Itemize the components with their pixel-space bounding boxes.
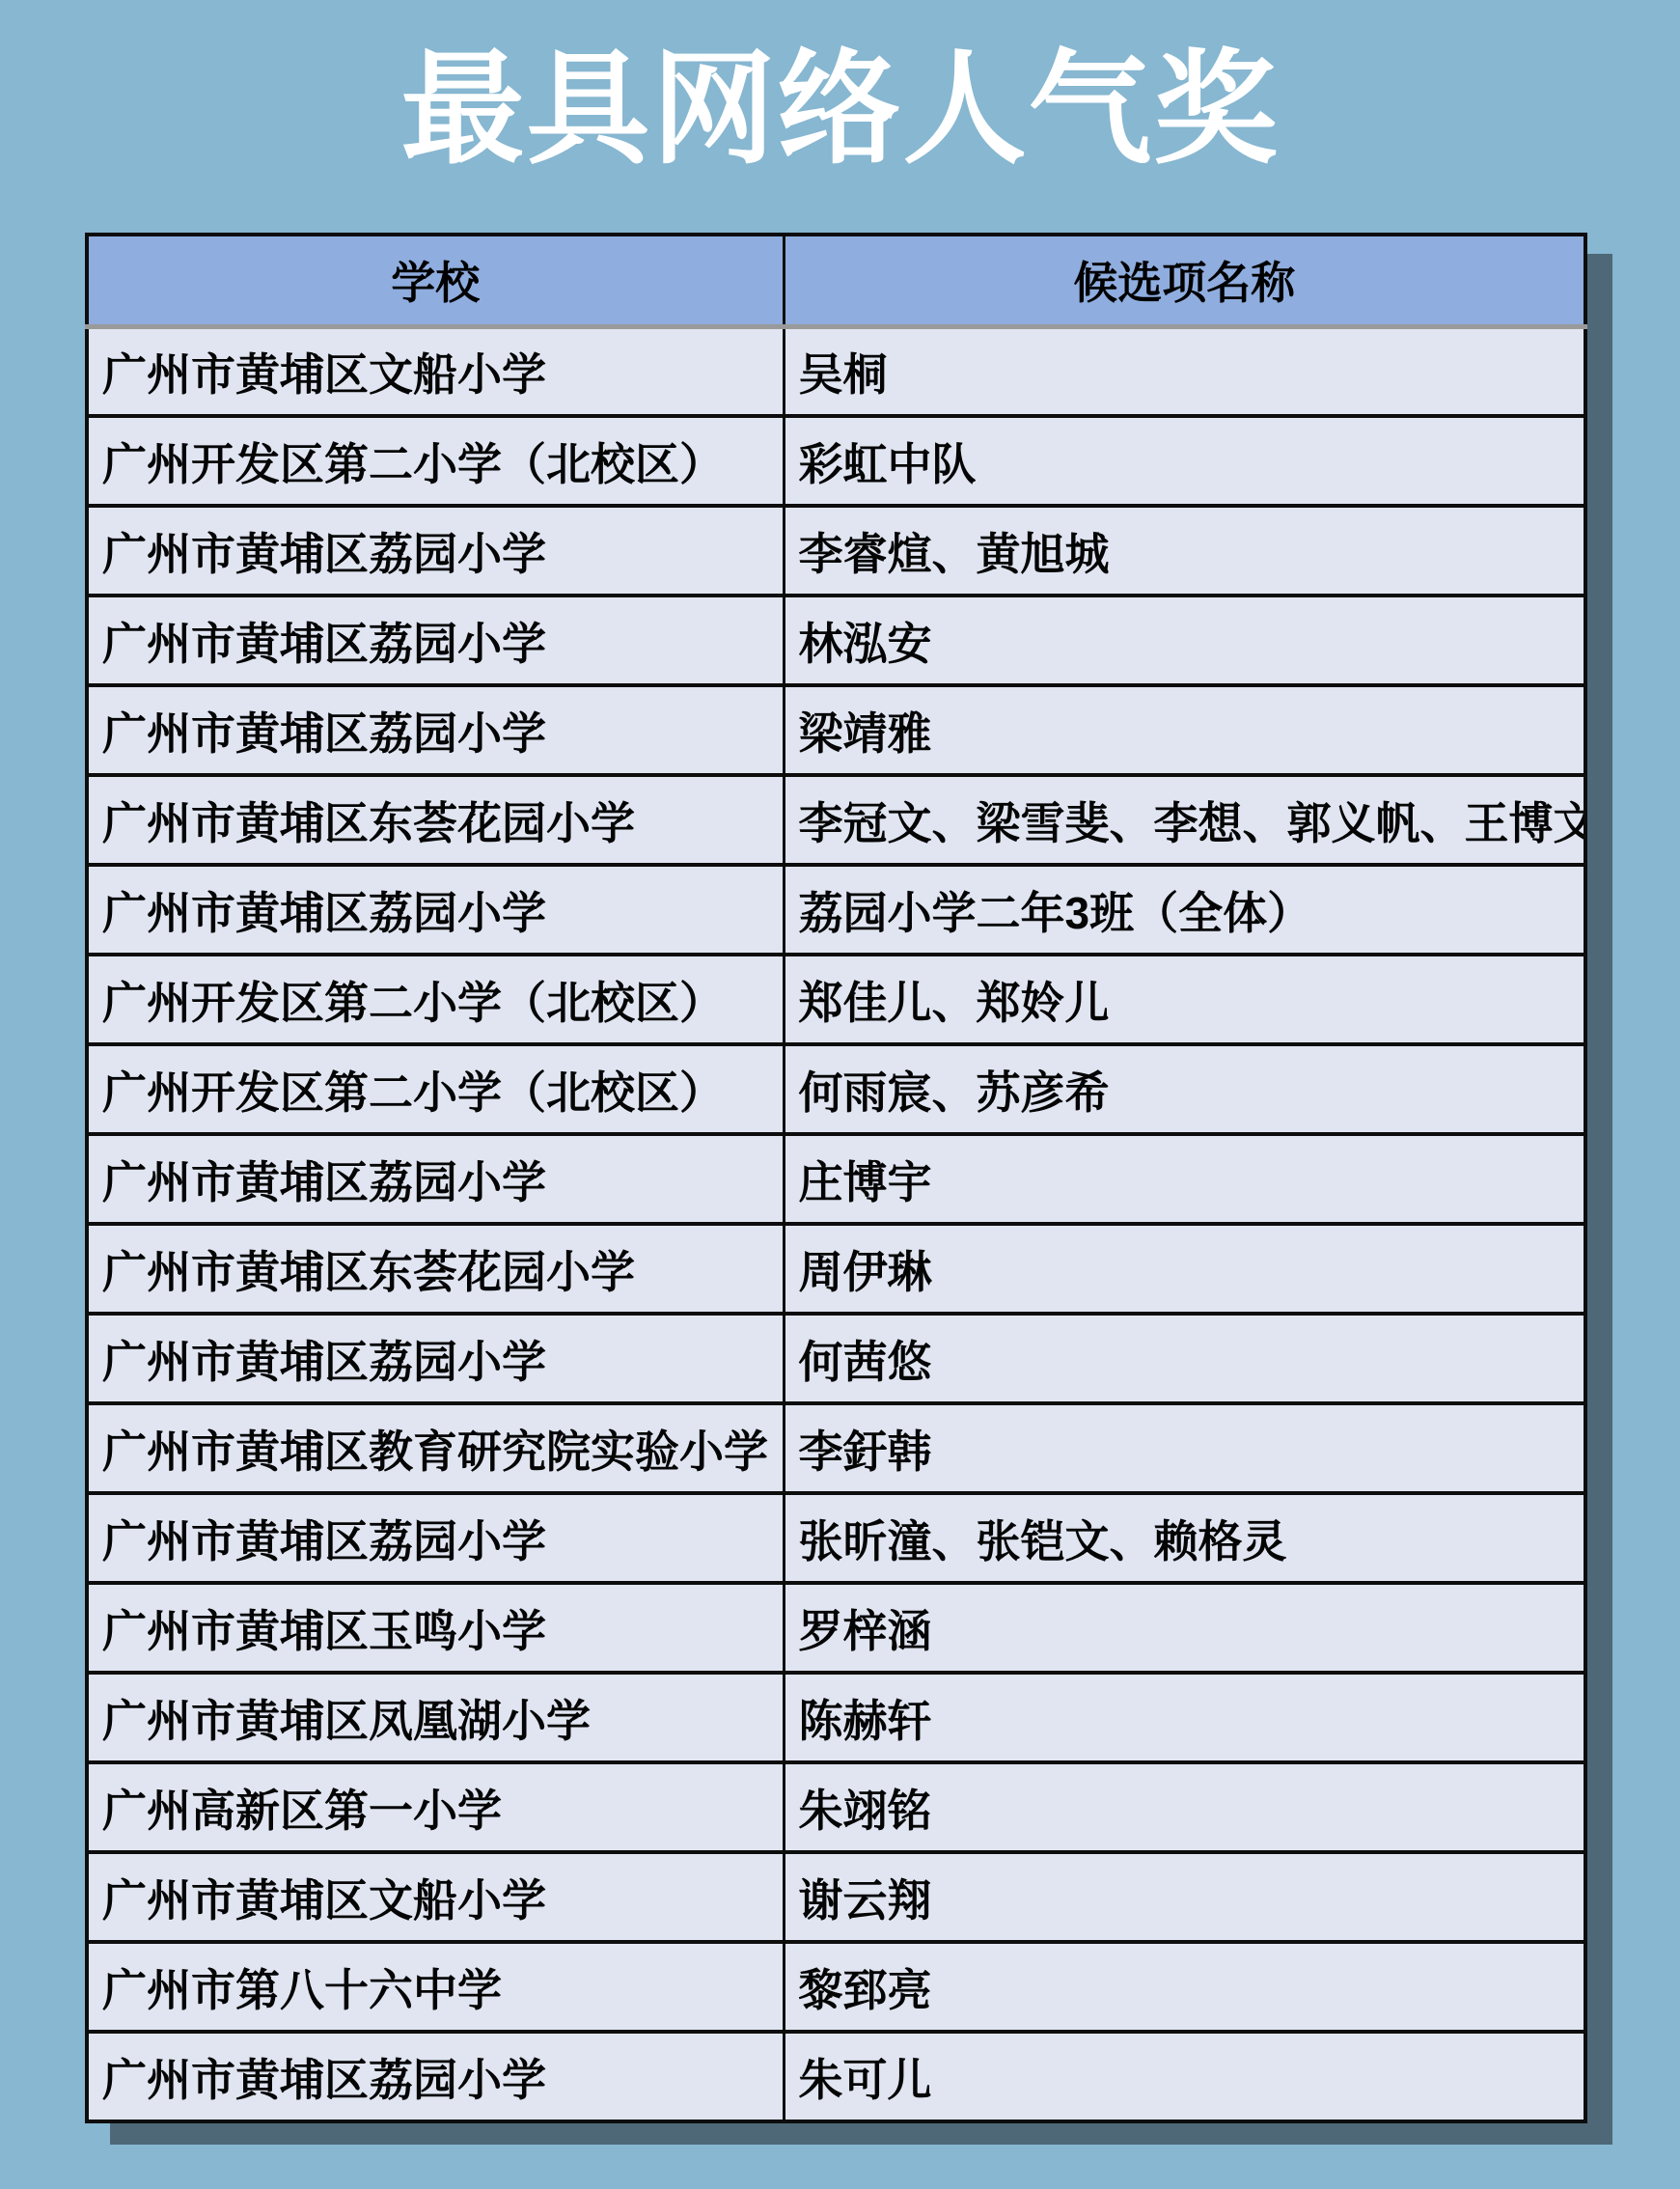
candidate-cell: 罗梓涵 — [784, 1583, 1585, 1673]
candidate-cell: 庄博宇 — [784, 1134, 1585, 1224]
candidate-cell: 朱可儿 — [784, 2032, 1585, 2121]
table-row: 广州市黄埔区荔园小学梁靖雅 — [87, 685, 1585, 775]
candidate-cell: 荔园小学二年3班（全体） — [784, 865, 1585, 955]
candidate-cell: 李睿煊、黄旭城 — [784, 506, 1585, 596]
award-table: 学校 候选项名称 广州市黄埔区文船小学吴桐广州开发区第二小学（北校区）彩虹中队广… — [85, 233, 1587, 2123]
candidate-cell: 吴桐 — [784, 326, 1585, 416]
award-poster: 最具网络人气奖 学校 候选项名称 广州市黄埔区文船小学吴桐广州开发区第二小学（北… — [0, 0, 1680, 2189]
candidate-cell: 周伊琳 — [784, 1224, 1585, 1314]
school-cell: 广州市黄埔区东荟花园小学 — [87, 1224, 784, 1314]
school-cell: 广州开发区第二小学（北校区） — [87, 416, 784, 506]
table-row: 广州市黄埔区荔园小学荔园小学二年3班（全体） — [87, 865, 1585, 955]
school-cell: 广州市黄埔区文船小学 — [87, 1852, 784, 1942]
school-cell: 广州市黄埔区荔园小学 — [87, 2032, 784, 2121]
table-header: 学校 候选项名称 — [87, 235, 1585, 326]
table-row: 广州市黄埔区玉鸣小学罗梓涵 — [87, 1583, 1585, 1673]
candidate-cell: 林泓安 — [784, 596, 1585, 685]
school-cell: 广州市黄埔区教育研究院实验小学 — [87, 1403, 784, 1493]
table-row: 广州市黄埔区荔园小学林泓安 — [87, 596, 1585, 685]
school-cell: 广州开发区第二小学（北校区） — [87, 955, 784, 1044]
school-cell: 广州高新区第一小学 — [87, 1762, 784, 1852]
column-header-school: 学校 — [87, 235, 784, 326]
table-row: 广州市黄埔区荔园小学朱可儿 — [87, 2032, 1585, 2121]
table-row: 广州开发区第二小学（北校区）彩虹中队 — [87, 416, 1585, 506]
school-cell: 广州市第八十六中学 — [87, 1942, 784, 2032]
candidate-cell: 何茜悠 — [784, 1314, 1585, 1403]
candidate-cell: 何雨宸、苏彦希 — [784, 1044, 1585, 1134]
table-row: 广州市黄埔区文船小学吴桐 — [87, 326, 1585, 416]
table-row: 广州市黄埔区东荟花园小学李冠文、梁雪斐、李想、郭义帆、王博文 — [87, 775, 1585, 865]
table-row: 广州高新区第一小学朱翊铭 — [87, 1762, 1585, 1852]
table-row: 广州市黄埔区文船小学谢云翔 — [87, 1852, 1585, 1942]
table-row: 广州市黄埔区凤凰湖小学陈赫轩 — [87, 1673, 1585, 1762]
school-cell: 广州市黄埔区荔园小学 — [87, 685, 784, 775]
school-cell: 广州市黄埔区荔园小学 — [87, 1314, 784, 1403]
candidate-cell: 朱翊铭 — [784, 1762, 1585, 1852]
header-row: 学校 候选项名称 — [87, 235, 1585, 326]
table-row: 广州市黄埔区荔园小学张昕潼、张铠文、赖格灵 — [87, 1493, 1585, 1583]
table-row: 广州市黄埔区荔园小学李睿煊、黄旭城 — [87, 506, 1585, 596]
school-cell: 广州市黄埔区凤凰湖小学 — [87, 1673, 784, 1762]
table-body: 广州市黄埔区文船小学吴桐广州开发区第二小学（北校区）彩虹中队广州市黄埔区荔园小学… — [87, 326, 1585, 2121]
candidate-cell: 张昕潼、张铠文、赖格灵 — [784, 1493, 1585, 1583]
table-row: 广州市黄埔区教育研究院实验小学李釪韩 — [87, 1403, 1585, 1493]
candidate-cell: 陈赫轩 — [784, 1673, 1585, 1762]
candidate-cell: 梁靖雅 — [784, 685, 1585, 775]
candidate-cell: 彩虹中队 — [784, 416, 1585, 506]
candidate-cell: 李冠文、梁雪斐、李想、郭义帆、王博文 — [784, 775, 1585, 865]
table-row: 广州开发区第二小学（北校区）郑佳儿、郑姈儿 — [87, 955, 1585, 1044]
table-row: 广州市第八十六中学黎郅亮 — [87, 1942, 1585, 2032]
school-cell: 广州市黄埔区荔园小学 — [87, 865, 784, 955]
table-row: 广州开发区第二小学（北校区）何雨宸、苏彦希 — [87, 1044, 1585, 1134]
table-row: 广州市黄埔区荔园小学何茜悠 — [87, 1314, 1585, 1403]
school-cell: 广州市黄埔区玉鸣小学 — [87, 1583, 784, 1673]
table-row: 广州市黄埔区东荟花园小学周伊琳 — [87, 1224, 1585, 1314]
school-cell: 广州开发区第二小学（北校区） — [87, 1044, 784, 1134]
table-row: 广州市黄埔区荔园小学庄博宇 — [87, 1134, 1585, 1224]
candidate-cell: 谢云翔 — [784, 1852, 1585, 1942]
page-title: 最具网络人气奖 — [0, 37, 1680, 183]
school-cell: 广州市黄埔区荔园小学 — [87, 506, 784, 596]
school-cell: 广州市黄埔区荔园小学 — [87, 1134, 784, 1224]
candidate-cell: 郑佳儿、郑姈儿 — [784, 955, 1585, 1044]
school-cell: 广州市黄埔区东荟花园小学 — [87, 775, 784, 865]
school-cell: 广州市黄埔区荔园小学 — [87, 1493, 784, 1583]
candidate-cell: 李釪韩 — [784, 1403, 1585, 1493]
school-cell: 广州市黄埔区文船小学 — [87, 326, 784, 416]
column-header-candidate: 候选项名称 — [784, 235, 1585, 326]
school-cell: 广州市黄埔区荔园小学 — [87, 596, 784, 685]
candidate-cell: 黎郅亮 — [784, 1942, 1585, 2032]
